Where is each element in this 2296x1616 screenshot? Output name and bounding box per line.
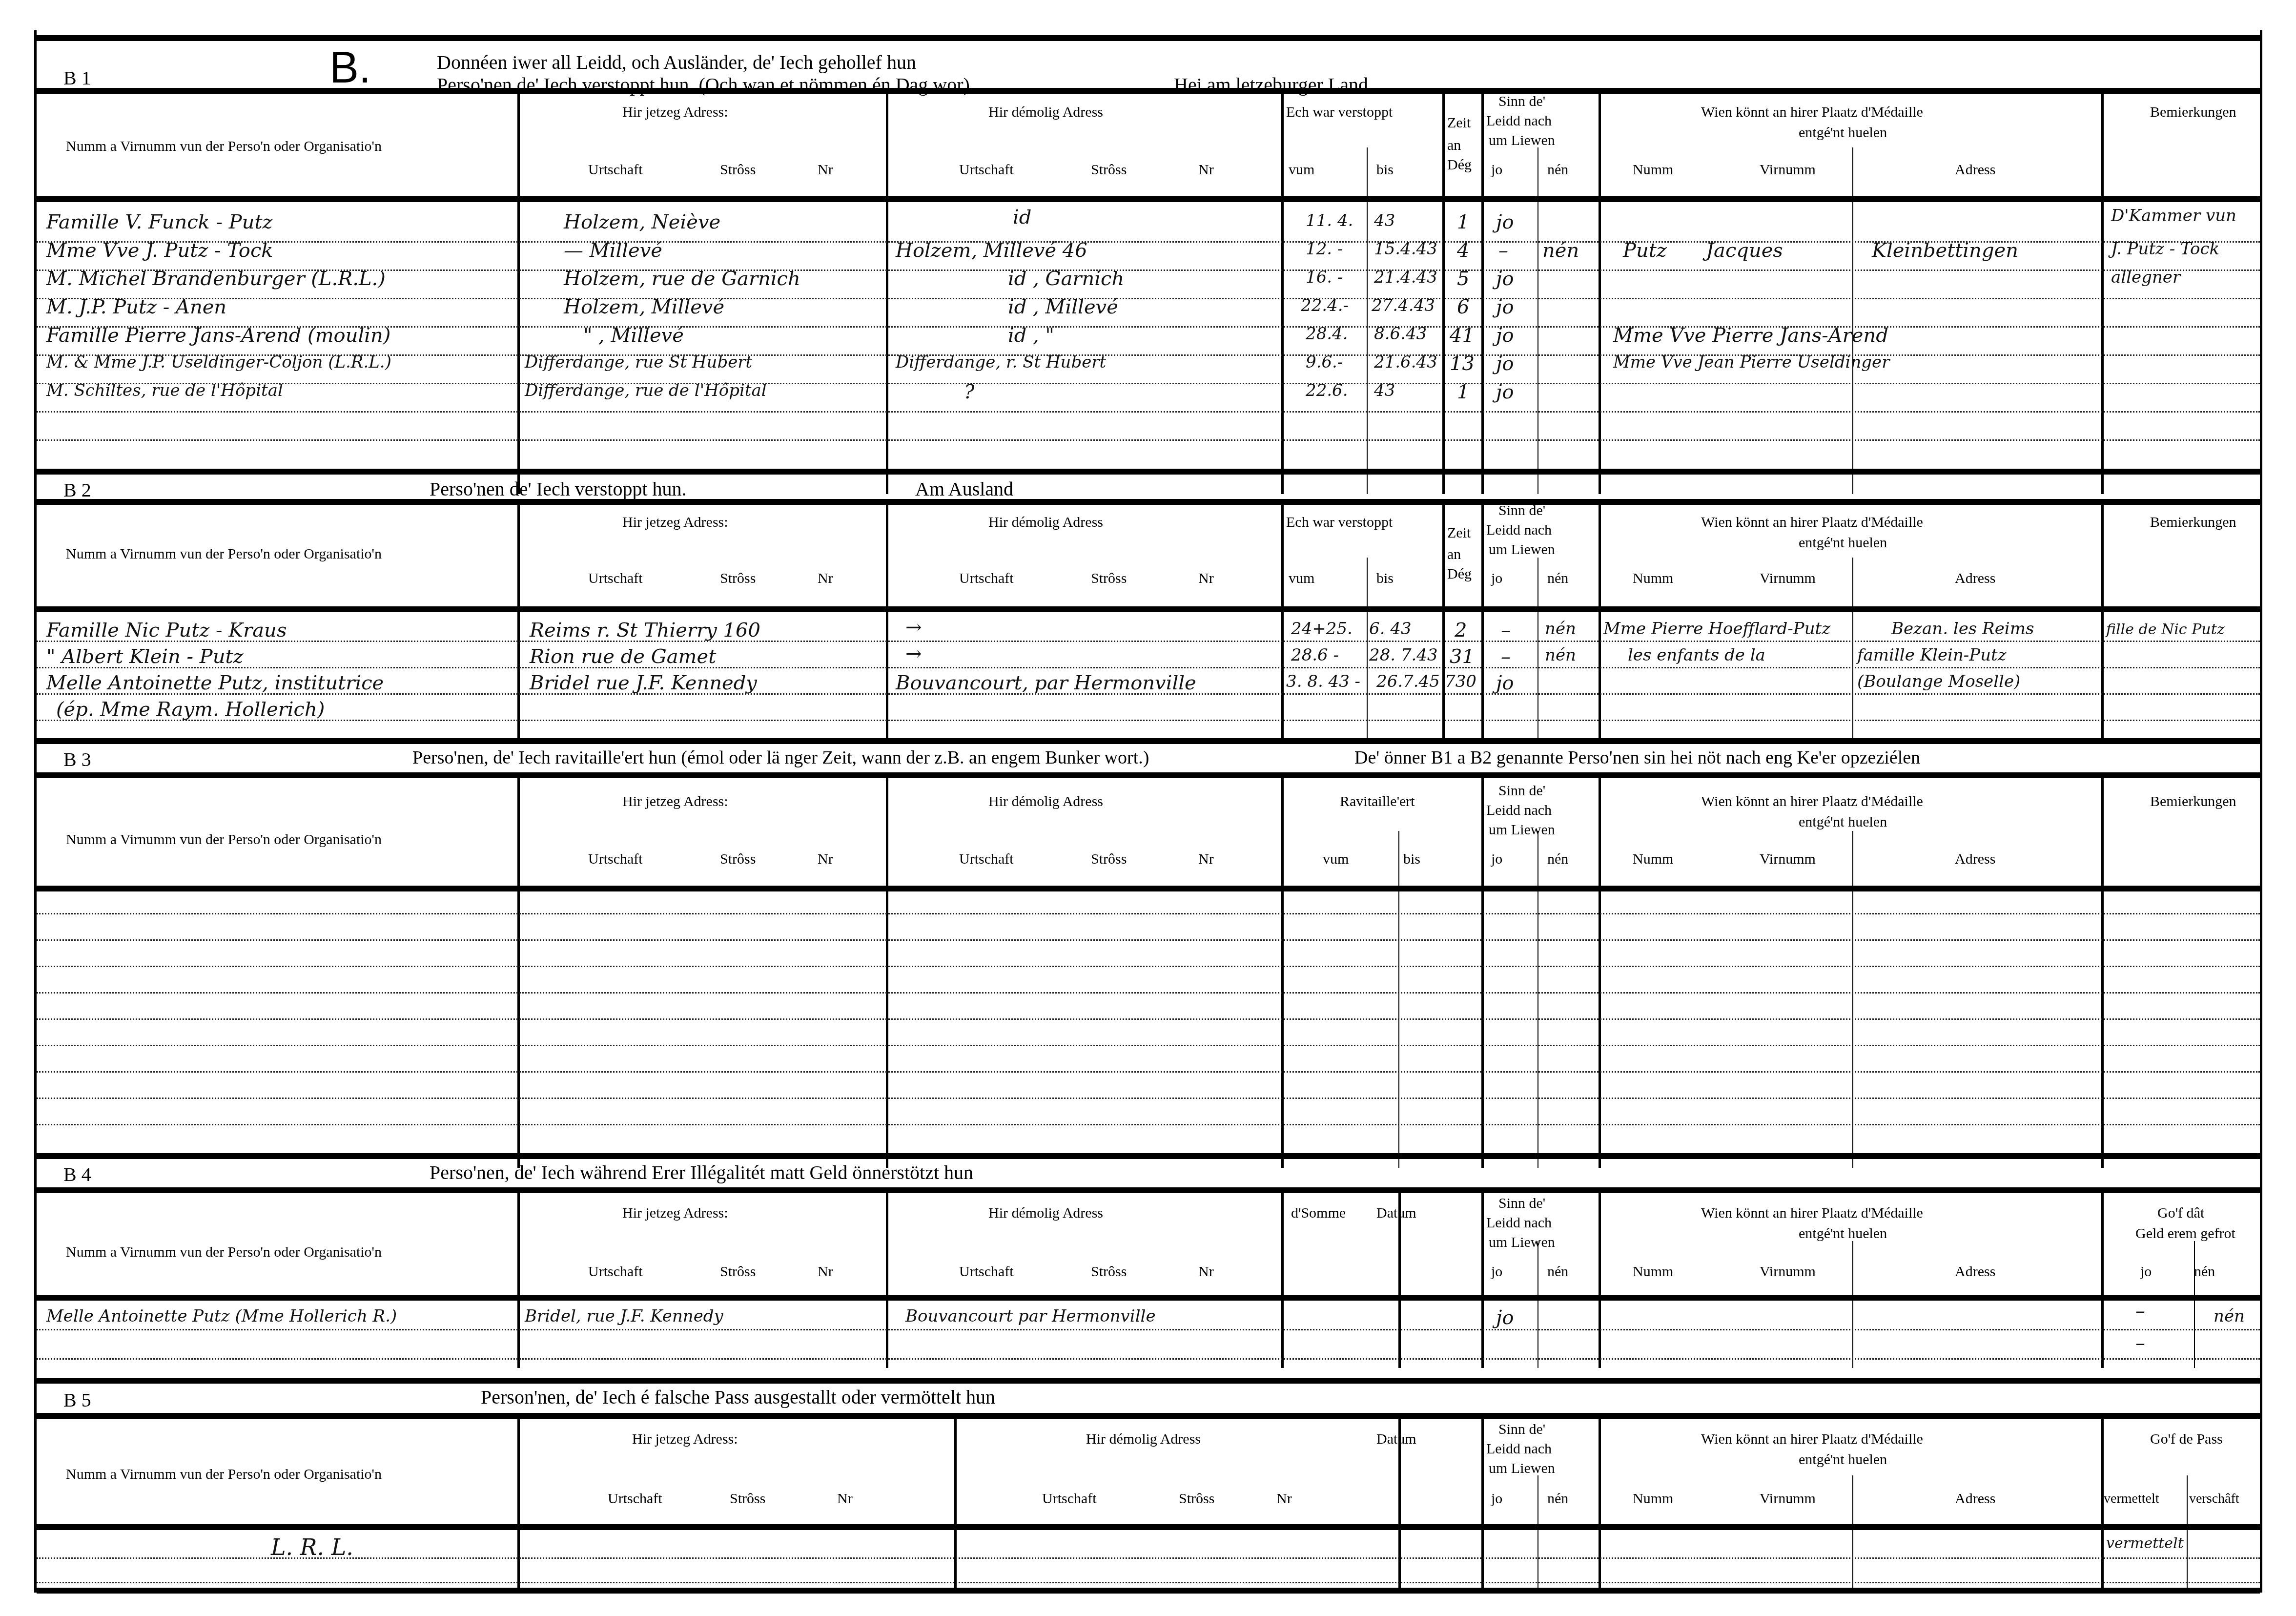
col-date: Datum [1376,1430,1416,1448]
current-address: Bridel rue J.F. Kennedy [530,672,757,694]
col-date: Datum [1376,1204,1416,1222]
days: 13 [1450,352,1475,375]
col-urtschaft: Urtschaft [588,1263,643,1281]
col-line [886,94,888,494]
col-virnumm: Virnumm [1760,1490,1816,1508]
date-to: 43 [1374,381,1395,400]
former-address-arrow-icon: → [905,642,922,665]
divider [37,1524,2260,1530]
col-nen: nén [1547,161,1568,179]
col-adress: Adress [1955,850,1995,868]
medal-recipient: Mme Pierre Hoefflard-Putz [1603,619,1830,639]
col-stross: Strôss [1091,1263,1127,1281]
organisation-name: L. R. L. [271,1534,353,1560]
col-sinn: Leidd nach [1486,521,1552,539]
current-address: Reims r. St Thierry 160 [530,619,760,642]
col-stross: Strôss [730,1490,765,1508]
col-jo: jo [2140,1263,2152,1281]
former-address: id , Millevé [1008,296,1118,318]
person-name: Famille Nic Putz - Kraus [46,619,287,642]
col-sinn: Sinn de' [1498,1421,1545,1438]
col-medal: entgé'nt huelen [1799,124,1887,142]
form-letter: B. [329,43,371,93]
col-nen: nén [1547,850,1568,868]
col-nr: Nr [1198,850,1214,868]
col-medal: entgé'nt huelen [1799,813,1887,831]
medal-recipient: Mme Vve Jean Pierre Useldinger [1613,352,1889,372]
resistance-form-page: B 1 B. Donnéen iwer all Leidd, och Auslä… [34,30,2262,1593]
col-nr: Nr [1198,161,1214,179]
date-to: 43 [1374,211,1395,230]
divider [37,886,2260,891]
former-address: id [1013,206,1031,228]
col-virnumm: Virnumm [1760,570,1816,587]
divider [37,606,2260,612]
col-vum: vum [1289,570,1314,587]
col-amount: d'Somme [1291,1204,1346,1222]
date-to: 21.4.43 [1374,268,1437,287]
col-nr: Nr [818,1263,833,1281]
col-urtschaft: Urtschaft [959,570,1014,587]
date-to: 28. 7.43 [1369,645,1438,665]
col-urtschaft: Urtschaft [959,850,1014,868]
b4-title: Perso'nen, de' Iech während Erer Illégal… [430,1161,973,1184]
section-id: B 5 [63,1388,91,1411]
col-remarks: Bemierkungen [2150,104,2236,121]
col-medal: entgé'nt huelen [1799,1225,1887,1243]
col-current-address: Hir jetzeg Adress: [622,104,728,121]
col-name-header: Numm a Virnumm vun der Perso'n oder Orga… [66,1466,382,1483]
col-virnumm: Virnumm [1760,161,1816,179]
col-medal: Wien könnt an hirer Plaatz d'Médaille [1701,793,1923,810]
col-stross: Strôss [1091,570,1127,587]
col-money-returned: Geld erem gefrot [2135,1225,2235,1243]
col-adress: Adress [1955,161,1995,179]
section-id: B 3 [63,748,91,771]
col-current-address: Hir jetzeg Adress: [622,793,728,810]
col-medal: Wien könnt an hirer Plaatz d'Médaille [1701,514,1923,531]
col-zeit: Zeit [1447,114,1471,132]
former-address: Bouvancourt, par Hermonville [896,672,1196,694]
date-from: 22.4.- [1301,296,1349,315]
col-vum: vum [1323,850,1349,868]
survived-yes: jo [1496,324,1514,347]
b2-title: Perso'nen de' Iech verstoppt hun. [430,477,687,500]
col-virnumm: Virnumm [1760,850,1816,868]
col-deg: Dég [1447,156,1472,174]
col-money-returned: Go'f dât [2157,1204,2204,1222]
medal-recipient: Mme Vve Pierre Jans-Arend [1613,324,1888,347]
remark: J. Putz - Tock [2111,239,2219,259]
b5-title-row: B 5 Person'nen, de' Iech é falsche Pass … [37,1384,2260,1413]
current-address: Differdange, rue de l'Hôpital [525,381,767,400]
medal-firstname: Jacques [1706,239,1783,262]
current-address: Differdange, rue St Hubert [525,352,752,372]
col-nr: Nr [818,161,833,179]
col-current-address: Hir jetzeg Adress: [622,514,728,531]
col-medal: entgé'nt huelen [1799,1451,1887,1469]
col-medal: Wien könnt an hirer Plaatz d'Médaille [1701,104,1923,121]
medal-address: Kleinbettingen [1872,239,2018,262]
col-sinn: um Liewen [1489,1234,1555,1251]
col-an: an [1447,546,1461,563]
col-bis: bis [1376,570,1394,587]
divider [37,1413,2260,1419]
medal-address: Bezan. les Reims [1891,619,2034,639]
col-mediated: vermettelt [2104,1490,2159,1508]
b1-title-line1: Donnéen iwer all Leidd, och Ausländer, d… [437,51,916,74]
date-from: 28.6 - [1291,645,1339,665]
col-procured: verschâft [2189,1490,2239,1508]
survived-yes: jo [1496,211,1514,233]
b2-title-suffix: Am Ausland [915,477,1013,500]
divider [37,35,2260,41]
col-medal: Wien könnt an hirer Plaatz d'Médaille [1701,1430,1923,1448]
col-line [1442,94,1445,494]
returned-yes: – [2135,1332,2145,1354]
col-name-header: Numm a Virnumm vun der Perso'n oder Orga… [66,831,382,849]
col-adress: Adress [1955,1263,1995,1281]
person-name: " Albert Klein - Putz [46,645,244,668]
current-address: Bridel, rue J.F. Kennedy [525,1306,723,1326]
section-id: B 4 [63,1163,91,1186]
days: 5 [1457,268,1469,290]
col-numm: Numm [1633,1263,1673,1281]
survived-yes: jo [1496,381,1514,403]
col-numm: Numm [1633,850,1673,868]
col-line [1481,94,1484,494]
b4-title-row: B 4 Perso'nen, de' Iech während Erer Ill… [37,1159,2260,1188]
date-from: 22.6. [1306,381,1348,400]
former-address: id , " [1008,324,1054,347]
current-address: " , Millevé [583,324,684,347]
person-name: Melle Antoinette Putz, institutrice [46,672,384,694]
col-zeit: Zeit [1447,524,1471,542]
col-sinn: um Liewen [1489,541,1555,559]
col-deg: Dég [1447,565,1472,583]
col-sinn: um Liewen [1489,821,1555,839]
medal-surname: Putz [1623,239,1667,262]
col-sinn: um Liewen [1489,1460,1555,1477]
person-name: M. J.P. Putz - Anen [46,296,226,318]
divider [37,499,2260,505]
b3-title: Perso'nen, de' Iech ravitaille'ert hun (… [412,747,1149,768]
days: 1 [1457,211,1469,233]
col-former-address: Hir démolig Adress [988,1204,1103,1222]
col-urtschaft: Urtschaft [959,1263,1014,1281]
current-address: — Millevé [564,239,662,262]
col-line [1537,147,1538,494]
date-from: 3. 8. 43 - [1286,672,1360,691]
col-sinn: Leidd nach [1486,112,1552,130]
col-sinn: um Liewen [1489,132,1555,149]
divider [37,1295,2260,1301]
b1-title-row: B 1 B. Donnéen iwer all Leidd, och Auslä… [37,41,2260,109]
survived-yes: jo [1496,1306,1514,1329]
date-to: 15.4.43 [1374,239,1437,259]
col-sinn: Leidd nach [1486,802,1552,819]
date-to: 6. 43 [1369,619,1412,639]
pass-mediated: vermettelt [2106,1535,2184,1552]
b3-title-row: B 3 Perso'nen, de' Iech ravitaille'ert h… [37,744,2260,773]
divider [37,1378,2260,1384]
survived-yes: jo [1496,352,1514,375]
col-jo: jo [1491,570,1502,587]
current-address: Rion rue de Gamet [530,645,716,668]
person-name: M. Schiltes, rue de l'Hôpital [46,381,283,400]
col-ravitailleiert: Ravitaille'ert [1340,793,1415,810]
col-nr: Nr [837,1490,853,1508]
person-name: Famille Pierre Jans-Arend (moulin) [46,324,390,347]
returned-yes: – [2135,1300,2145,1322]
col-former-address: Hir démolig Adress [1086,1430,1201,1448]
survived-no: nén [1545,645,1576,665]
current-address: Holzem, Millevé [564,296,724,318]
former-address: Bouvancourt par Hermonville [905,1306,1156,1326]
col-sinn: Sinn de' [1498,1195,1545,1212]
col-pass: Go'f de Pass [2150,1430,2223,1448]
col-nen: nén [1547,1490,1568,1508]
col-remarks: Bemierkungen [2150,793,2236,810]
remark: allegner [2111,268,2180,287]
divider [37,1588,2260,1594]
remark: D'Kammer vun [2111,206,2236,226]
survived-yes: – [1501,645,1511,668]
col-hidden: Ech war verstoppt [1286,514,1393,531]
b5-title: Person'nen, de' Iech é falsche Pass ausg… [481,1386,995,1409]
col-nr: Nr [1276,1490,1292,1508]
survived-yes: jo [1496,268,1514,290]
col-virnumm: Virnumm [1760,1263,1816,1281]
col-former-address: Hir démolig Adress [988,514,1103,531]
col-stross: Strôss [720,1263,756,1281]
col-nen: nén [1547,570,1568,587]
divider [37,738,2260,744]
former-address: Differdange, r. St Hubert [896,352,1106,372]
col-line [1367,147,1368,494]
col-nr: Nr [1198,570,1214,587]
days: 41 [1450,324,1475,347]
col-urtschaft: Urtschaft [608,1490,662,1508]
former-address: Holzem, Millevé 46 [896,239,1087,262]
survived-yes: jo [1496,296,1514,318]
days: 1 [1457,381,1469,403]
date-from: 12. - [1306,239,1343,259]
person-name: Famille V. Funck - Putz [46,211,273,233]
col-numm: Numm [1633,570,1673,587]
col-stross: Strôss [720,850,756,868]
col-jo: jo [1491,850,1502,868]
survived-yes: – [1498,239,1508,262]
remark: fille de Nic Putz [2106,621,2225,638]
col-jo: jo [1491,161,1502,179]
survived-no: nén [1542,239,1579,262]
section-id: B 2 [63,478,91,501]
date-from: 28.4. [1306,324,1348,344]
date-from: 9.6.- [1306,352,1343,372]
divider [37,1187,2260,1193]
divider [37,469,2260,475]
col-bis: bis [1376,161,1394,179]
col-numm: Numm [1633,161,1673,179]
current-address: Holzem, Neiève [564,211,720,233]
col-jo: jo [1491,1263,1502,1281]
date-from: 24+25. [1291,619,1353,639]
col-sinn: Sinn de' [1498,93,1545,110]
col-stross: Strôss [1091,161,1127,179]
col-hidden: Ech war verstoppt [1286,104,1393,121]
col-stross: Strôss [1179,1490,1214,1508]
divider [37,88,2260,94]
days: 6 [1457,296,1469,318]
col-name-header: Numm a Virnumm vun der Perso'n oder Orga… [66,138,382,155]
col-name-header: Numm a Virnumm vun der Perso'n oder Orga… [66,545,382,563]
survived-no: nén [1545,619,1576,639]
medal-address: famille Klein-Putz [1857,645,2007,665]
col-stross: Strôss [720,161,756,179]
col-current-address: Hir jetzeg Adress: [632,1430,738,1448]
col-medal: Wien könnt an hirer Plaatz d'Médaille [1701,1204,1923,1222]
col-sinn: Leidd nach [1486,1440,1552,1458]
col-line [1281,94,1284,494]
col-line [1599,94,1601,494]
col-current-address: Hir jetzeg Adress: [622,1204,728,1222]
col-line [1852,147,1853,494]
person-name: M. & Mme J.P. Useldinger-Coljon (L.R.L.) [46,352,391,372]
col-urtschaft: Urtschaft [959,161,1014,179]
col-numm: Numm [1633,1490,1673,1508]
current-address: Holzem, rue de Garnich [564,268,800,290]
col-vum: vum [1289,161,1314,179]
divider [37,772,2260,778]
col-urtschaft: Urtschaft [588,570,643,587]
divider [37,196,2260,202]
col-nr: Nr [818,850,833,868]
days: 4 [1457,239,1469,262]
col-former-address: Hir démolig Adress [988,793,1103,810]
section-id: B 1 [63,66,91,89]
date-to: 27.4.43 [1372,296,1435,315]
col-jo: jo [1491,1490,1502,1508]
b3-title-suffix: De' önner B1 a B2 genannte Perso'nen sin… [1354,747,1920,768]
col-nr: Nr [818,570,833,587]
col-medal: entgé'nt huelen [1799,534,1887,552]
col-urtschaft: Urtschaft [588,161,643,179]
returned-no: nén [2214,1306,2245,1326]
col-an: an [1447,137,1461,154]
col-adress: Adress [1955,570,1995,587]
col-adress: Adress [1955,1490,1995,1508]
medal-address: (Boulange Moselle) [1857,672,2020,691]
person-name: (ép. Mme Raym. Hollerich) [56,698,325,721]
date-to: 26.7.45 [1376,672,1440,691]
divider [37,1153,2260,1159]
col-nen: nén [2194,1263,2215,1281]
col-nen: nén [1547,1263,1568,1281]
col-name-header: Numm a Virnumm vun der Perso'n oder Orga… [66,1243,382,1261]
col-bis: bis [1403,850,1420,868]
date-from: 16. - [1306,268,1343,287]
col-nr: Nr [1198,1263,1214,1281]
date-to: 21.6.43 [1374,352,1437,372]
person-name: Mme Vve J. Putz - Tock [46,239,273,262]
col-urtschaft: Urtschaft [1042,1490,1097,1508]
former-address: ? [964,381,974,403]
col-sinn: Leidd nach [1486,1214,1552,1232]
col-line [2101,94,2104,494]
days: 2 [1455,619,1467,642]
former-address-arrow-icon: → [905,616,922,639]
col-urtschaft: Urtschaft [588,850,643,868]
former-address: id , Garnich [1008,268,1124,290]
date-to: 8.6.43 [1374,324,1427,344]
col-line [517,94,520,494]
person-name: Melle Antoinette Putz (Mme Hollerich R.) [46,1306,397,1326]
col-former-address: Hir démolig Adress [988,104,1103,121]
col-sinn: Sinn de' [1498,782,1545,800]
person-name: M. Michel Brandenburger (L.R.L.) [46,268,386,290]
days: 730 [1445,672,1476,691]
medal-recipient: les enfants de la [1628,645,1765,665]
col-stross: Strôss [720,570,756,587]
days: 31 [1450,645,1475,668]
survived-yes: jo [1496,672,1514,694]
col-sinn: Sinn de' [1498,502,1545,519]
col-remarks: Bemierkungen [2150,514,2236,531]
survived-yes: – [1501,619,1511,642]
col-stross: Strôss [1091,850,1127,868]
date-from: 11. 4. [1306,211,1353,230]
